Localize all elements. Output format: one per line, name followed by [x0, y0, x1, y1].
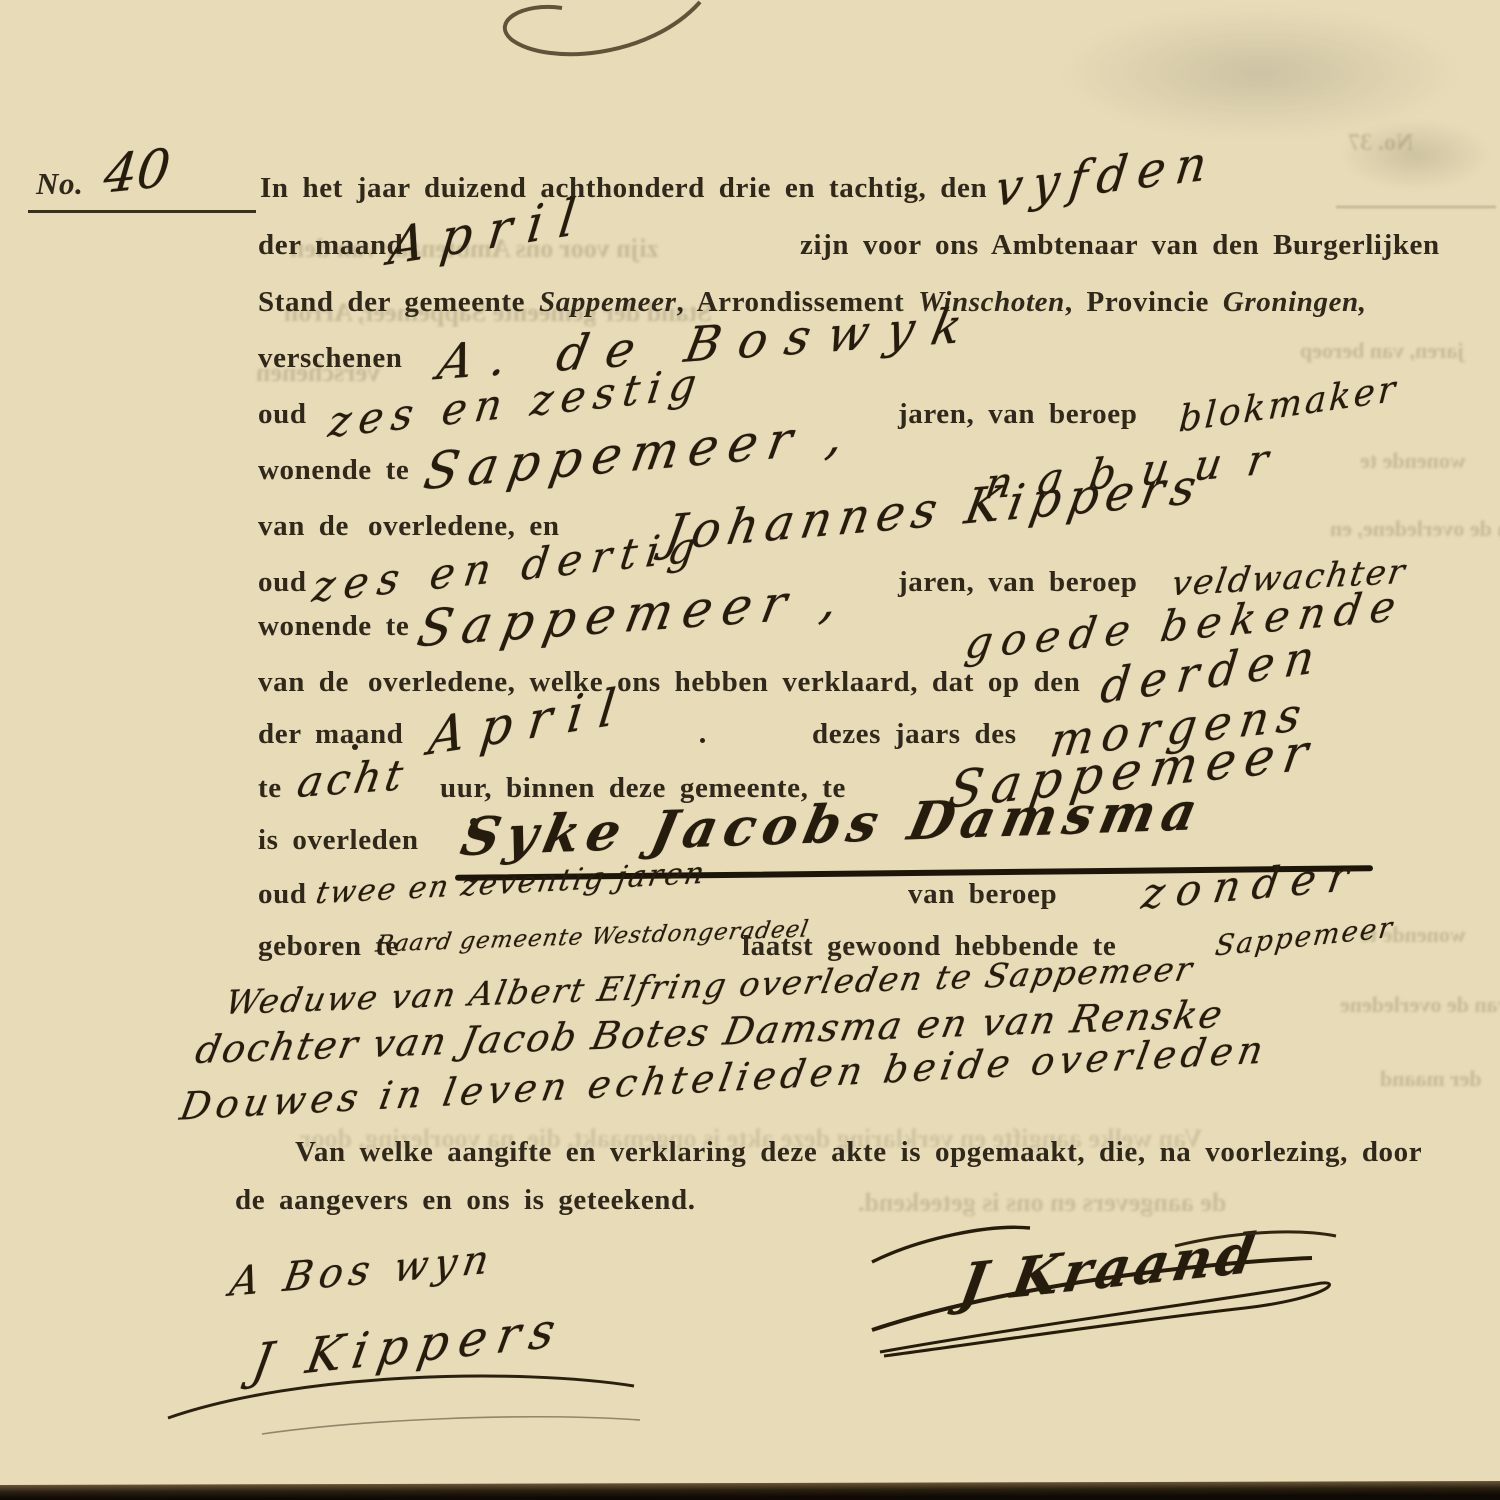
declarant2-signature-flourish: [168, 1376, 634, 1418]
ink-spot: [700, 738, 705, 743]
line-beroep3-printed: van beroep: [908, 878, 1057, 911]
line-wonende1-printed: wonende te: [258, 454, 409, 487]
entry-day-of-record: vyfden: [992, 134, 1219, 218]
entry-deceased-occupation: zonder: [1138, 850, 1363, 919]
line-isoverleden-printed: is overleden: [258, 824, 419, 857]
signature-registrar: J Kraand: [955, 1220, 1264, 1317]
bleedthrough-text: No. 37: [1348, 130, 1413, 157]
entry-death-hour: acht: [294, 750, 411, 807]
line-verschenen-printed: verschenen: [258, 342, 403, 375]
record-number-label: No.: [36, 166, 83, 202]
line-oud3-printed: oud: [258, 878, 307, 911]
closing-paragraph-line1: Van welke aangifte en verklaring deze ak…: [295, 1136, 1422, 1169]
text-gemeente-name: Sappemeer: [539, 286, 677, 318]
record-number-underline: [28, 210, 256, 213]
text-provincie-name: Groningen,: [1223, 286, 1367, 318]
line-oud2-printed: oud: [258, 566, 307, 599]
line-month-printed: der maand: [258, 229, 403, 262]
bleedthrough-text: van de overledene: [1340, 992, 1500, 1018]
pencil-smudge: [1060, 8, 1460, 138]
line-dezes-printed: dezes jaars des: [812, 718, 1017, 751]
line-vande2-printed: van de: [258, 666, 349, 699]
line-year-printed: In het jaar duizend achthonderd drie en …: [260, 172, 987, 205]
declarant2-signature-flourish: [262, 1417, 640, 1434]
entry-declarant2-name: Johannes Kippers: [661, 458, 1207, 562]
ink-spot: [470, 818, 478, 826]
ink-spot: [352, 744, 358, 750]
death-certificate-scan: No. 37 zijn voor ons Ambtenaar van den S…: [0, 0, 1500, 1500]
bleedthrough-rule: [1336, 206, 1496, 208]
bleedthrough-text: jaren, van beroep: [1300, 338, 1465, 364]
record-number-value: 40: [101, 138, 173, 206]
closing-paragraph-line2: de aangevers en ons is geteekend.: [235, 1184, 696, 1217]
bleedthrough-text: van de overledene, en: [1330, 516, 1500, 542]
signature-declarant-2: J Kippers: [248, 1301, 570, 1391]
line-beroep1-printed: jaren, van beroep: [898, 398, 1137, 431]
line-oud1-printed: oud: [258, 398, 307, 431]
line-wonende2-printed: wonende te: [258, 610, 409, 643]
line-vande1-printed: van de: [258, 510, 349, 543]
line-overledene1-printed: overledene, en: [368, 510, 560, 543]
entry-declarant1-occupation: blokmaker: [1178, 368, 1400, 441]
bleedthrough-text: de aangevers en ons is geteekend.: [858, 1188, 1226, 1218]
line-beroep2-printed: jaren, van beroep: [898, 566, 1137, 599]
line-official-printed: zijn voor ons Ambtenaar van den Burgerli…: [800, 229, 1440, 262]
line-te-printed: te: [258, 772, 282, 805]
line-maand2-printed: der maand: [258, 718, 403, 751]
signature-declarant-1: A Bos wyn: [227, 1236, 498, 1306]
previous-signature-remnant: [505, 2, 700, 54]
bleedthrough-text: der maand: [1380, 1066, 1482, 1092]
line-verklaard-printed: overledene, welke ons hebben verklaard, …: [368, 666, 1080, 699]
entry-last-residence: Sappemeer: [1213, 910, 1396, 962]
text-stand-der-gemeente: Stand der gemeente: [258, 286, 525, 318]
scan-edge: [0, 1481, 1500, 1500]
bleedthrough-text: wonende te: [1360, 448, 1466, 474]
text-provincie-label: , Provincie: [1065, 286, 1209, 318]
